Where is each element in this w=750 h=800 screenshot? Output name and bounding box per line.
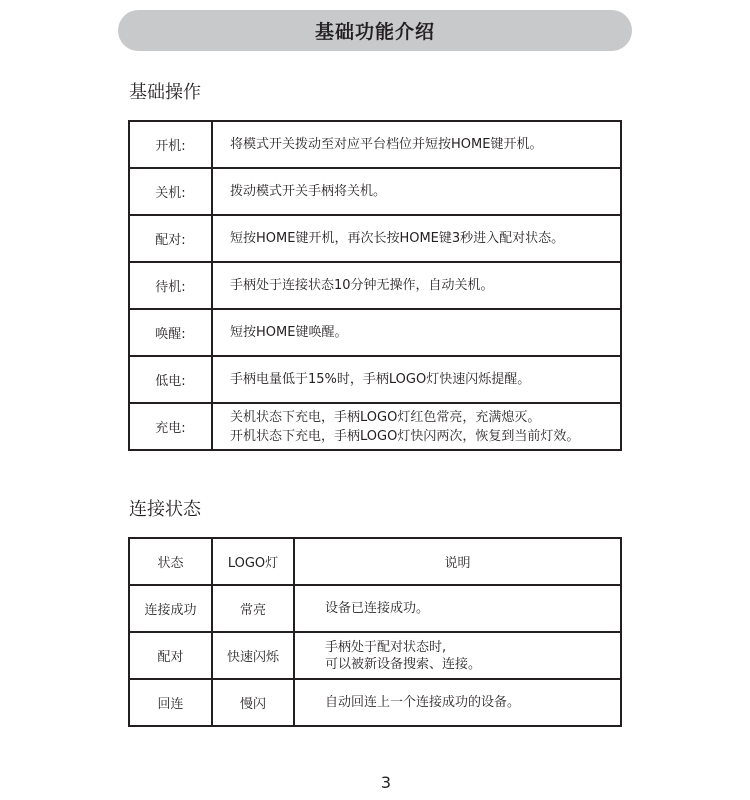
cell-logo: 常亮 bbox=[212, 585, 294, 632]
basic-ops-heading: 基础操作 bbox=[129, 78, 201, 104]
row-key: 唤醒: bbox=[129, 309, 212, 356]
cell-state: 回连 bbox=[129, 679, 212, 726]
row-value: 短按HOME键唤醒。 bbox=[212, 309, 621, 356]
table-row: 连接成功 常亮 设备已连接成功。 bbox=[129, 585, 621, 632]
cell-state: 连接成功 bbox=[129, 585, 212, 632]
cell-logo: 快速闪烁 bbox=[212, 632, 294, 679]
table-row: 配对:短按HOME键开机，再次长按HOME键3秒进入配对状态。 bbox=[129, 215, 621, 262]
header-desc: 说明 bbox=[294, 538, 621, 585]
table-row: 关机:拨动模式开关手柄将关机。 bbox=[129, 168, 621, 215]
header-state: 状态 bbox=[129, 538, 212, 585]
row-key: 配对: bbox=[129, 215, 212, 262]
row-key: 待机: bbox=[129, 262, 212, 309]
table-row: 待机:手柄处于连接状态10分钟无操作，自动关机。 bbox=[129, 262, 621, 309]
row-value: 手柄处于连接状态10分钟无操作，自动关机。 bbox=[212, 262, 621, 309]
row-value: 将模式开关拨动至对应平台档位并短按HOME键开机。 bbox=[212, 121, 621, 168]
row-key: 低电: bbox=[129, 356, 212, 403]
desc-line: 手柄处于配对状态时, bbox=[325, 639, 620, 656]
value-line: 开机状态下充电，手柄LOGO灯快闪两次，恢复到当前灯效。 bbox=[230, 427, 620, 446]
connection-heading: 连接状态 bbox=[129, 495, 201, 521]
table-header-row: 状态 LOGO灯 说明 bbox=[129, 538, 621, 585]
cell-state: 配对 bbox=[129, 632, 212, 679]
table-row: 回连 慢闪 自动回连上一个连接成功的设备。 bbox=[129, 679, 621, 726]
connection-table: 状态 LOGO灯 说明 连接成功 常亮 设备已连接成功。 配对 快速闪烁 手柄处… bbox=[128, 537, 622, 727]
table-row: 充电:关机状态下充电，手柄LOGO灯红色常亮，充满熄灭。开机状态下充电，手柄LO… bbox=[129, 403, 621, 450]
value-line: 关机状态下充电，手柄LOGO灯红色常亮，充满熄灭。 bbox=[230, 408, 620, 427]
row-value: 短按HOME键开机，再次长按HOME键3秒进入配对状态。 bbox=[212, 215, 621, 262]
table-row: 唤醒:短按HOME键唤醒。 bbox=[129, 309, 621, 356]
banner-title: 基础功能介绍 bbox=[315, 17, 435, 44]
basic-ops-table: 开机:将模式开关拨动至对应平台档位并短按HOME键开机。 关机:拨动模式开关手柄… bbox=[128, 120, 622, 451]
row-value: 手柄电量低于15%时，手柄LOGO灯快速闪烁提醒。 bbox=[212, 356, 621, 403]
row-key: 开机: bbox=[129, 121, 212, 168]
cell-desc: 自动回连上一个连接成功的设备。 bbox=[294, 679, 621, 726]
cell-logo: 慢闪 bbox=[212, 679, 294, 726]
row-value: 拨动模式开关手柄将关机。 bbox=[212, 168, 621, 215]
table-row: 低电:手柄电量低于15%时，手柄LOGO灯快速闪烁提醒。 bbox=[129, 356, 621, 403]
header-logo: LOGO灯 bbox=[212, 538, 294, 585]
table-row: 开机:将模式开关拨动至对应平台档位并短按HOME键开机。 bbox=[129, 121, 621, 168]
row-value: 关机状态下充电，手柄LOGO灯红色常亮，充满熄灭。开机状态下充电，手柄LOGO灯… bbox=[212, 403, 621, 450]
page-number: 3 bbox=[0, 773, 750, 792]
row-key: 关机: bbox=[129, 168, 212, 215]
cell-desc: 设备已连接成功。 bbox=[294, 585, 621, 632]
desc-line: 可以被新设备搜索、连接。 bbox=[325, 656, 620, 673]
section-banner: 基础功能介绍 bbox=[118, 10, 632, 51]
row-key: 充电: bbox=[129, 403, 212, 450]
table-row: 配对 快速闪烁 手柄处于配对状态时,可以被新设备搜索、连接。 bbox=[129, 632, 621, 679]
cell-desc: 手柄处于配对状态时,可以被新设备搜索、连接。 bbox=[294, 632, 621, 679]
